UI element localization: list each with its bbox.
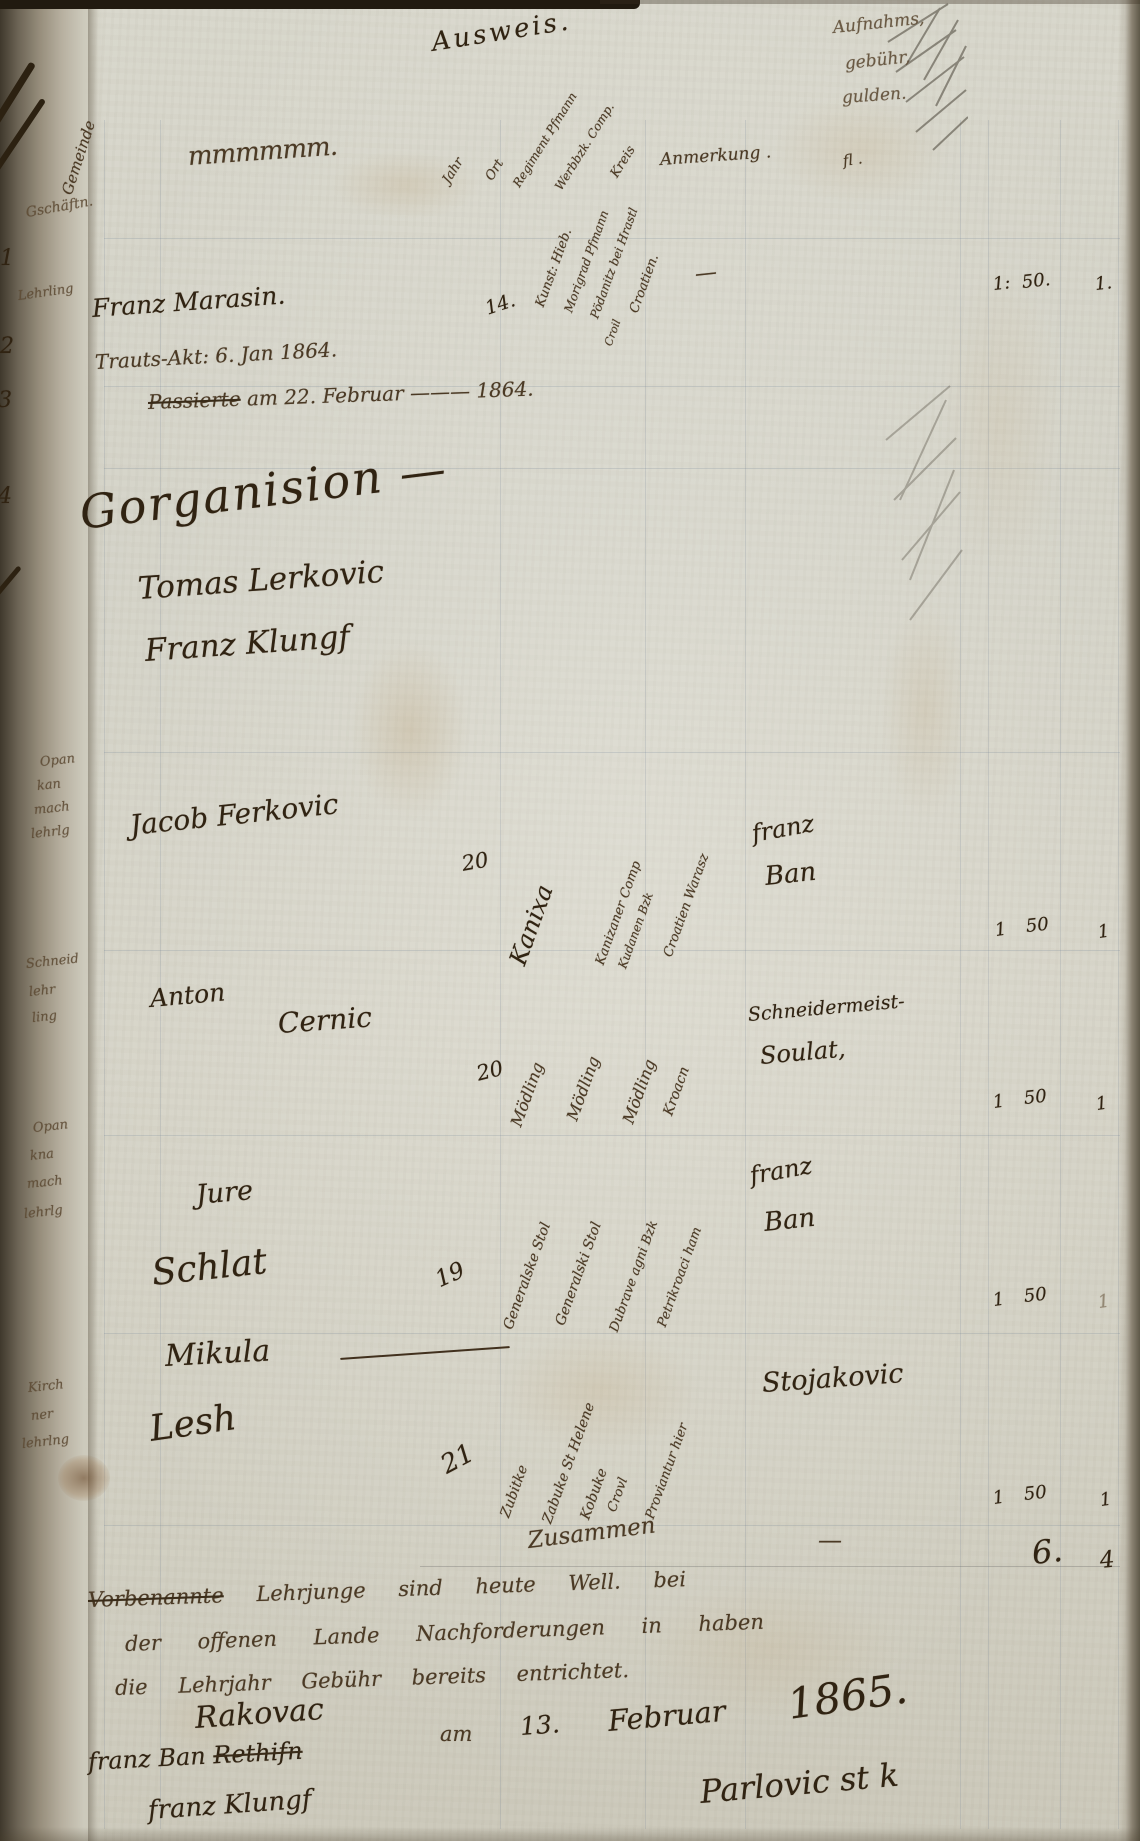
struck-word: Rethifn: [213, 1737, 304, 1770]
entry-col-value: Crovl: [606, 1476, 630, 1514]
closing-text: Lehrjunge sind heute Well. bei: [256, 1567, 686, 1606]
ledger-page: 91 92 93 94 Gemeinde Ausweis. Aufnahms, …: [0, 0, 1140, 1841]
fee-extra: 1: [1097, 1292, 1111, 1311]
row-margin-note: mach: [26, 1174, 63, 1191]
entry-name: Cernic: [277, 1003, 373, 1037]
row-margin-note: kan: [36, 778, 61, 793]
entry-col-value: Generalski Stol: [553, 1220, 603, 1327]
section-heading: Gorganision —: [77, 445, 450, 536]
person-name: Franz Klungf: [144, 622, 351, 667]
row-margin-note: lehrlg: [30, 824, 70, 841]
fee-gulden: 1:: [992, 274, 1011, 294]
fee-gulden: 1: [992, 1290, 1006, 1309]
row-margin-note: Opan: [32, 1118, 68, 1135]
page-edge-top: [0, 0, 640, 9]
fee-gulden: 1: [992, 1488, 1006, 1507]
entry-col-value: Dubrave agni Bzk: [608, 1219, 660, 1334]
margin-number: 91: [0, 248, 14, 270]
note-text: am 22. Februar ——— 1864.: [247, 377, 534, 411]
fee-extra: 1: [1097, 922, 1111, 941]
entry-col-value: Kobuke: [578, 1467, 609, 1522]
margin-number: 94: [0, 486, 12, 508]
entry-col-value: Kanixa: [506, 882, 557, 968]
fee-extra: 1.: [1094, 274, 1113, 294]
entry-note: Trauts-Akt: 6. Jan 1864.: [94, 339, 337, 372]
closing-date-year: 1865.: [785, 1667, 910, 1725]
stain: [350, 640, 470, 820]
row-margin-note: lehrlg: [23, 1204, 63, 1221]
entry-remark: Ban: [764, 859, 818, 890]
struck-word: Passierte: [148, 387, 241, 414]
entry-name: Mikula: [164, 1337, 271, 1372]
fee-gulden: 1: [992, 1092, 1006, 1111]
fee-kreuzer: 50: [1023, 1286, 1048, 1306]
grid-line: [420, 1566, 1120, 1567]
grid-line: [988, 120, 989, 1829]
entry-remark: Schneidermeist-: [747, 992, 905, 1025]
entry-age: 21: [437, 1440, 478, 1478]
entry-col-value: Mödling: [564, 1054, 602, 1122]
grid-line: [104, 752, 1120, 753]
page-edge-top-right: [600, 0, 1140, 4]
row-margin-note: lehr: [28, 983, 56, 999]
grid-line: [745, 120, 746, 1829]
grid-line: [960, 120, 961, 1829]
entry-remark: Ban: [763, 1205, 817, 1236]
summary-total-extra: 4: [1099, 1549, 1116, 1573]
col-header-ort: Ort: [483, 157, 506, 183]
entry-col-value: Proviantur hier: [644, 1422, 691, 1521]
col-header-anmerkung: Anmerkung .: [659, 144, 771, 169]
entry-col-value: Petrikroaci ham: [656, 1225, 704, 1328]
entry-remark: franz: [748, 1153, 814, 1188]
closing-line: Vorbenannte Lehrjunge sind heute Well. b…: [88, 1569, 687, 1611]
grid-line: [160, 120, 161, 1829]
row-margin-note: Kirch: [27, 1378, 64, 1395]
flourish-line: [340, 1346, 510, 1360]
page-edge-bottom: [0, 1827, 1140, 1841]
signature: franz Klungf: [147, 1787, 312, 1824]
entry-name: Lesh: [147, 1400, 238, 1448]
margin-number: 93: [0, 390, 12, 412]
entry-name: Schlat: [150, 1244, 269, 1292]
fee-extra: 1: [1095, 1094, 1109, 1113]
grid-line: [104, 120, 105, 1829]
entry-age: 20: [460, 850, 490, 875]
entry-remark: Stojakovic: [761, 1360, 904, 1397]
closing-line: die Lehrjahr Gebühr bereits entrichtet.: [115, 1660, 630, 1699]
page-edge-right: [1118, 0, 1140, 1841]
entry-col-value: Croil: [603, 318, 623, 347]
fee-header-line3: gulden.: [841, 86, 907, 107]
closing-place: Rakovac: [194, 1695, 325, 1734]
row-margin-note: mach: [33, 800, 70, 817]
stain: [500, 1330, 700, 1450]
grid-line: [104, 1135, 1120, 1136]
entry-name: Franz Marasin.: [91, 283, 286, 321]
summary-dash: —: [818, 1528, 842, 1552]
spine-crease: [88, 0, 98, 1841]
closing-line: der offenen Lande Nachforderungen in hab…: [125, 1612, 765, 1655]
summary-total-gulden: 6.: [1030, 1534, 1064, 1569]
signature: franz Ban Rethifn: [87, 1739, 303, 1774]
entry-col-value: Mödling: [508, 1060, 546, 1128]
signature-name: franz Ban: [87, 1742, 206, 1776]
struck-word: Vorbenannte: [88, 1583, 225, 1612]
entry-name: Jure: [195, 1177, 254, 1209]
entry-col-value: Generalske Stol: [501, 1221, 553, 1332]
entry-remark: Soulat,: [759, 1037, 846, 1068]
entry-note: Passierte am 22. Februar ——— 1864.: [148, 379, 534, 412]
grid-line: [1118, 120, 1119, 1829]
pencil-hatch: [880, 380, 964, 636]
closing-date-month: Februar: [607, 1697, 727, 1736]
entry-age: 14.: [483, 291, 518, 318]
fee-kreuzer: 50: [1025, 916, 1050, 936]
entry-col-value: Croatien.: [628, 253, 661, 315]
margin-number: 92: [0, 336, 14, 358]
entry-col-value: Zubitke: [498, 1463, 530, 1519]
row-margin-note: ling: [31, 1009, 57, 1025]
signature: Parlovic st k: [699, 1759, 900, 1808]
page-title: Ausweis.: [430, 8, 573, 56]
grid-line: [1060, 120, 1061, 1829]
row-margin-note: kna: [29, 1148, 54, 1163]
row-margin-note: ner: [30, 1408, 54, 1423]
col-header-fl: fl .: [842, 151, 863, 169]
closing-date-day: 13.: [519, 1711, 560, 1739]
entry-age: 19: [432, 1259, 468, 1292]
col-header-jahr: Jahr: [440, 156, 466, 186]
entry-col-value: Mödling: [620, 1057, 658, 1125]
fee-extra: 1: [1099, 1490, 1113, 1509]
fee-kreuzer: 50.: [1021, 271, 1051, 292]
person-name: Tomas Lerkovic: [137, 557, 385, 605]
fee-gulden: 1: [994, 920, 1008, 939]
row-margin-note: Opan: [39, 752, 75, 769]
fee-kreuzer: 50: [1023, 1484, 1048, 1504]
entry-col-value: Kroacn: [661, 1065, 692, 1118]
grid-line: [104, 238, 1120, 239]
entry-col-value: Croatien Warasz: [662, 852, 711, 959]
entry-name: Anton: [149, 979, 226, 1010]
fee-kreuzer: 50: [1023, 1088, 1048, 1108]
closing-date-word: am: [440, 1724, 472, 1745]
col-header-kreis: Kreis: [608, 144, 637, 180]
entry-remark: franz: [750, 811, 816, 846]
name-column-ditto: mmmmmm.: [187, 134, 338, 170]
entry-remark-dash: —: [694, 262, 718, 286]
